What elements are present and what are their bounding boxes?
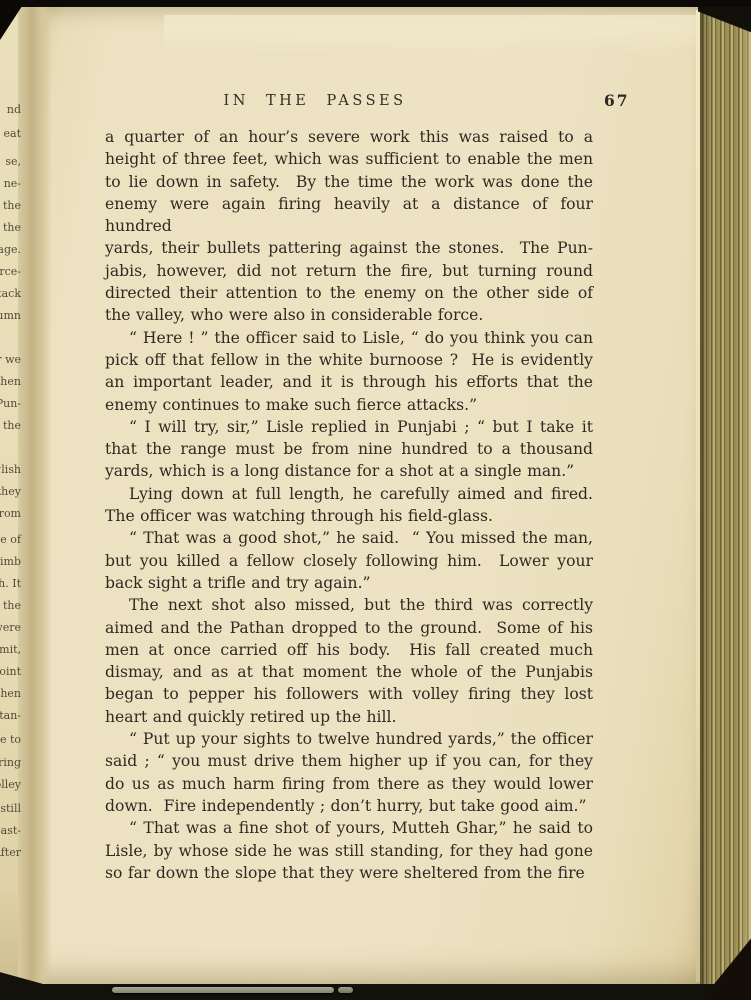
facing-page-edge (0, 6, 20, 986)
text-line: The officer was watching through his fie… (105, 505, 593, 527)
text-line: began to pepper his followers with volle… (105, 683, 593, 705)
paragraph: “ That was a fine shot of yours, Mutteh … (105, 817, 593, 884)
text-line: a quarter of an hour’s severe work this … (105, 126, 593, 148)
text-line: that the range must be from nine hundred… (105, 438, 593, 460)
text-block: a quarter of an hour’s severe work this … (105, 126, 593, 884)
book-scan: IN THE PASSES 67 a quarter of an hour’s … (0, 0, 751, 1000)
paragraph: The next shot also missed, but the third… (105, 594, 593, 728)
page-number: 67 (604, 91, 630, 110)
text-line: “ Put up your sights to twelve hundred y… (105, 728, 593, 750)
book-board-edge-short (338, 987, 353, 993)
text-line: so far down the slope that they were she… (105, 862, 593, 884)
text-line: Lying down at full length, he carefully … (105, 483, 593, 505)
paragraph: “ Here ! ” the officer said to Lisle, “ … (105, 327, 593, 416)
paragraph: “ Put up your sights to twelve hundred y… (105, 728, 593, 817)
paragraph: “ That was a good shot,” he said. “ You … (105, 527, 593, 594)
paragraph: a quarter of an hour’s severe work this … (105, 126, 593, 327)
scan-border-top (0, 0, 751, 7)
running-header: IN THE PASSES (105, 93, 525, 109)
text-line: but you killed a fellow closely followin… (105, 550, 593, 572)
text-line: The next shot also missed, but the third… (105, 594, 593, 616)
text-line: do us as much harm firing from there as … (105, 773, 593, 795)
text-line: “ That was a good shot,” he said. “ You … (105, 527, 593, 549)
text-line: jabis, however, did not return the fire,… (105, 260, 593, 282)
page-top-sheen (164, 15, 704, 53)
text-line: the valley, who were also in considerabl… (105, 304, 593, 326)
text-line: an important leader, and it is through h… (105, 371, 593, 393)
text-line: down. Fire independently ; don’t hurry, … (105, 795, 593, 817)
text-line: “ I will try, sir,” Lisle replied in Pun… (105, 416, 593, 438)
text-line: “ That was a fine shot of yours, Mutteh … (105, 817, 593, 839)
text-line: “ Here ! ” the officer said to Lisle, “ … (105, 327, 593, 349)
paragraph: “ I will try, sir,” Lisle replied in Pun… (105, 416, 593, 483)
text-line: dismay, and as at that moment the whole … (105, 661, 593, 683)
text-line: yards, their bullets pattering against t… (105, 237, 593, 259)
fore-edge-pages (700, 4, 751, 990)
gutter-shadow (18, 6, 52, 986)
text-line: pick off that fellow in the white burnoo… (105, 349, 593, 371)
text-line: yards, which is a long distance for a sh… (105, 460, 593, 482)
paragraph: Lying down at full length, he carefully … (105, 483, 593, 528)
text-line: said ; “ you must drive them higher up i… (105, 750, 593, 772)
text-line: directed their attention to the enemy on… (105, 282, 593, 304)
text-line: heart and quickly retired up the hill. (105, 706, 593, 728)
book-board-edge (112, 987, 334, 993)
text-line: Lisle, by whose side he was still standi… (105, 840, 593, 862)
text-line: enemy were again firing heavily at a dis… (105, 193, 593, 238)
text-line: back sight a trifle and try again.” (105, 572, 593, 594)
text-line: height of three feet, which was sufficie… (105, 148, 593, 170)
text-line: aimed and the Pathan dropped to the grou… (105, 617, 593, 639)
text-line: enemy continues to make such fierce atta… (105, 394, 593, 416)
text-line: to lie down in safety. By the time the w… (105, 171, 593, 193)
text-line: men at once carried off his body. His fa… (105, 639, 593, 661)
